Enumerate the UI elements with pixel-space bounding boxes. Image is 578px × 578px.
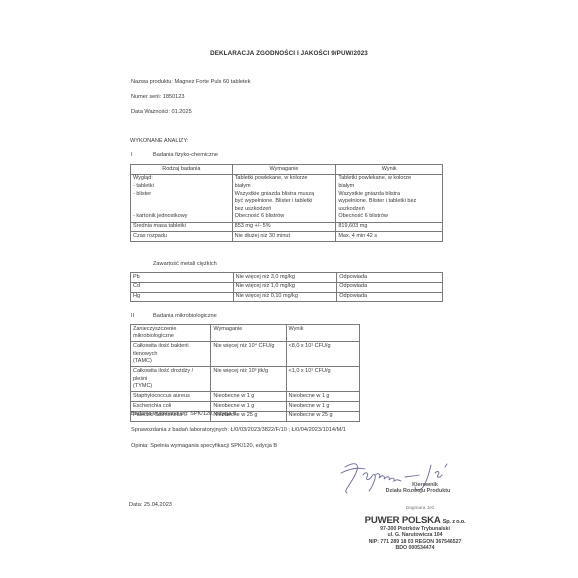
result-cell: 819,603 mg [336,222,443,232]
table-row: Escherichia coliNieobecne w 1 gNieobecne… [131,402,360,412]
company-bdo: BDO 000534474 [350,545,480,552]
result-cell: Odpowiada [337,282,443,292]
result-cell: Odpowiada [337,273,443,283]
opinion-note: Opinia: Spełnia wymagania specyfikacji S… [131,443,277,449]
metals-table: PbNie więcej niż 3,0 mg/kgOdpowiadaCdNie… [130,272,443,302]
company-address-1: 97-300 Piotrków Trybunalski [350,526,480,533]
company-ids: NIP: 771 289 18 03 REGON 367546527 [350,539,480,546]
table-row: CdNie więcej niż 1,0 mg/kgOdpowiada [131,282,443,292]
analyses-heading: WYKONANE ANALIZY: [130,138,188,144]
requirement-cell: Nie dłużej niż 30 minut [232,232,336,242]
result-cell: Odpowiada [337,292,443,302]
company-suffix: Sp. z o.o. [443,519,466,525]
limit-cell: Nie więcej niż 3,0 mg/kg [233,273,337,283]
table-row: Całkowita ilość bakterii tlenowych(TAMC)… [131,342,360,367]
table-row: Czas rozpaduNie dłużej niż 30 minutMax. … [131,232,443,242]
section2-number: II [131,313,134,319]
company-name-line: PUWER POLSKA Sp. z o.o. [350,518,480,526]
table-row: HgNie więcej niż 0,10 mg/kgOdpowiada [131,292,443,302]
column-header: Wynik [286,325,359,342]
column-header: Wynik [336,165,443,175]
product-name: Nazwa produktu: Magnez Forte Puls 60 tab… [131,79,250,85]
table-row: Wygląd:- tabletki- blister - kartonik je… [131,174,443,222]
section1-number: I [131,152,133,158]
expiry-date: Data Ważności: 01.2025 [131,109,192,115]
table-header-row: Zanieczyszczenie mikrobiologiczne Wymaga… [131,325,360,342]
contaminant-cell: Całkowita ilość bakterii tlenowych(TAMC) [131,342,211,367]
physchem-table: Rodzaj badania Wymaganie Wynik Wygląd:- … [130,164,443,242]
metals-title: Zawartość metali ciężkich [153,261,217,267]
result-cell: Max. 4 min 42 s [336,232,443,242]
result-cell: Tabletki powlekane, w kolorzebiałymWszys… [336,174,443,222]
contaminant-cell: Staphylococcus aureus [131,392,211,402]
role-line-2: Działu Rozwoju Produktu [378,488,458,494]
document-title: DEKLARACJA ZGODNOŚCI I JAKOŚCI 9/PUW/202… [0,50,578,57]
lab-reports-note: Sprawozdania z badań laboratoryjnych: Ł/… [131,427,346,433]
requirement-cell: Nie więcej niż 10³ jtk/g [211,367,286,392]
test-type-cell: Czas rozpadu [131,232,233,242]
requirement-cell: Tabletki powlekane, w kolorzebiałymWszys… [232,174,336,222]
company-address-2: ul. G. Narutowicza 104 [350,532,480,539]
contaminant-cell: Escherichia coli [131,402,211,412]
metal-cell: Cd [131,282,234,292]
result-cell: <8,0 x 10¹ CFU/g [286,342,359,367]
requirement-cell: Nieobecne w 1 g [211,392,286,402]
section2-title: Badania mikrobiologiczne [153,313,217,319]
column-header: Wymaganie [211,325,286,342]
document-date: Data: 25.04.2023 [129,502,172,508]
signatory-name-stamp: Dagmara Jeż [390,506,450,512]
company-name: PUWER POLSKA [365,515,441,526]
requirement-cell: Nie więcej niż 10⁴ CFU/g [211,342,286,367]
test-type-cell: Wygląd:- tabletki- blister - kartonik je… [131,174,233,222]
table-row: Staphylococcus aureusNieobecne w 1 gNieo… [131,392,360,402]
table-header-row: Rodzaj badania Wymaganie Wynik [131,165,443,175]
limit-cell: Nie więcej niż 1,0 mg/kg [233,282,337,292]
contaminant-cell: Całkowita ilość drożdży / pleśni(TYMC) [131,367,211,392]
limit-cell: Nie więcej niż 0,10 mg/kg [233,292,337,302]
metal-cell: Pb [131,273,234,283]
company-stamp: PUWER POLSKA Sp. z o.o. 97-300 Piotrków … [350,518,480,552]
table-row: Całkowita ilość drożdży / pleśni(TYMC)Ni… [131,367,360,392]
result-cell: Nieobecne w 1 g [286,392,359,402]
test-type-cell: Średnia masa tabletki [131,222,233,232]
requirement-cell: Nieobecne w 1 g [211,402,286,412]
column-header: Rodzaj badania [131,165,233,175]
table-row: Średnia masa tabletki853 mg +/- 5%819,60… [131,222,443,232]
method-note: Badanie wykonano wg: SPK/120, edycja B [131,411,237,417]
result-cell: Nieobecne w 25 g [286,411,359,421]
requirement-cell: 853 mg +/- 5% [232,222,336,232]
table-row: PbNie więcej niż 3,0 mg/kgOdpowiada [131,273,443,283]
signatory-role: Kierownik Działu Rozwoju Produktu [378,482,458,494]
microbio-table: Zanieczyszczenie mikrobiologiczne Wymaga… [130,324,360,422]
metal-cell: Hg [131,292,234,302]
result-cell: Nieobecne w 1 g [286,402,359,412]
column-header: Zanieczyszczenie mikrobiologiczne [131,325,211,342]
column-header: Wymaganie [232,165,336,175]
serial-number: Numer serii: 1850123 [131,94,184,100]
result-cell: <1,0 x 10¹ CFU/g [286,367,359,392]
section1-title: Badania fizyko-chemiczne [153,152,218,158]
